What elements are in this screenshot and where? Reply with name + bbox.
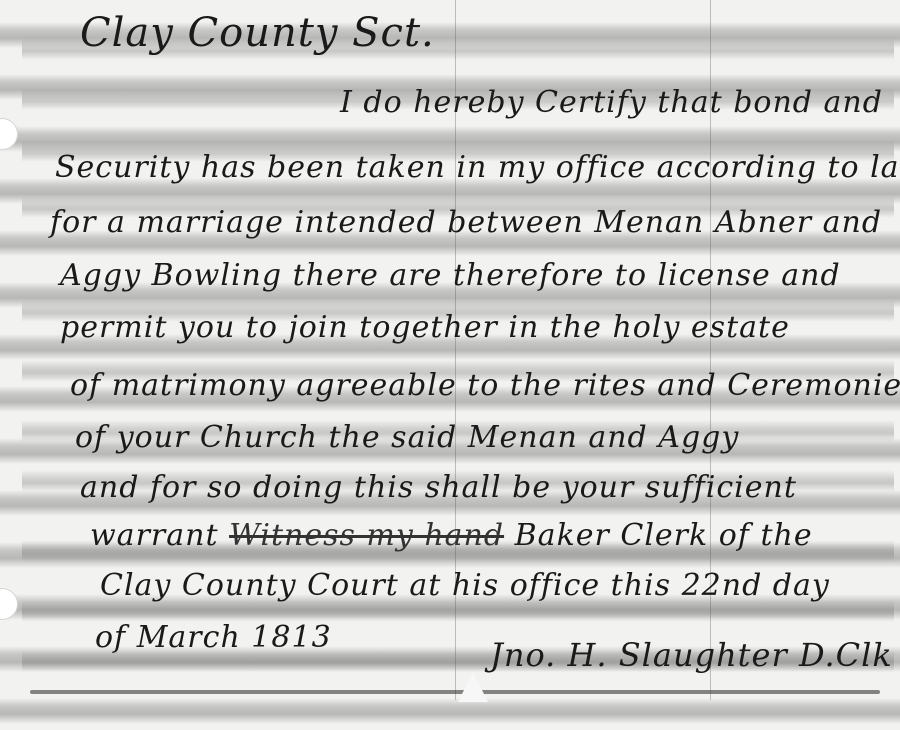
text-line-4: Aggy Bowling there are therefore to lice…: [60, 258, 841, 293]
text-line-11: of March 1813: [95, 620, 332, 655]
heading: Clay County Sct.: [80, 10, 435, 56]
torn-edge: [458, 672, 488, 702]
warrant-word: warrant: [90, 518, 219, 553]
punch-hole: [0, 588, 18, 620]
text-line-5: permit you to join together in the holy …: [60, 310, 790, 345]
text-line-8: and for so doing this shall be your suff…: [80, 470, 797, 505]
text-line-2: Security has been taken in my office acc…: [55, 150, 900, 185]
punch-hole: [0, 118, 18, 150]
shading-band: [22, 600, 894, 622]
signature: Jno. H. Slaughter D.Clk: [490, 636, 893, 674]
document-page: Clay County Sct. I do hereby Certify tha…: [0, 0, 900, 730]
paper-edge: [30, 690, 880, 694]
text-line-7: of your Church the said Menan and Aggy: [75, 420, 739, 455]
text-line-9: warrant Witness my hand Baker Clerk of t…: [90, 518, 813, 553]
text-line-1: I do hereby Certify that bond and: [340, 85, 883, 120]
clerk-text: Baker Clerk of the: [515, 518, 813, 553]
text-line-6: of matrimony agreeable to the rites and …: [70, 368, 900, 403]
text-line-3: for a marriage intended between Menan Ab…: [50, 205, 882, 240]
struck-text: Witness my hand: [229, 518, 504, 553]
text-line-10: Clay County Court at his office this 22n…: [100, 568, 830, 603]
